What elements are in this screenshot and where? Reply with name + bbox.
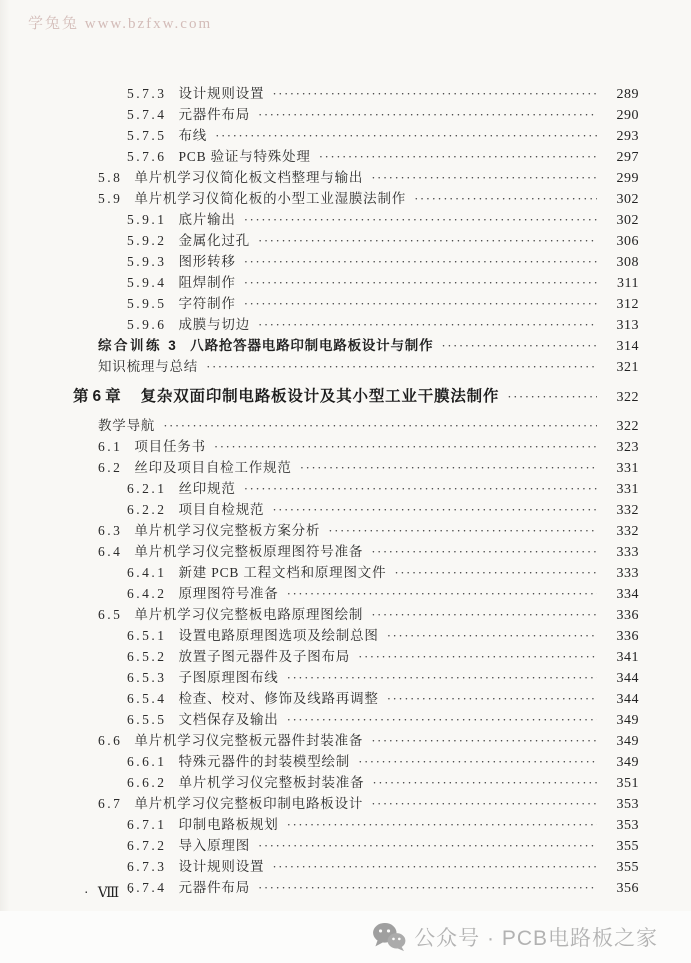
toc-entry-title: 丝印规范 — [179, 478, 236, 499]
dotted-leader: ········································… — [328, 520, 597, 541]
dotted-leader: ········································… — [507, 384, 597, 410]
toc-entry-page-number: 312 — [603, 294, 639, 315]
dotted-leader: ········································… — [371, 730, 597, 751]
dotted-leader: ········································… — [258, 835, 597, 856]
toc-entry-number: 5.7.3 — [127, 83, 167, 104]
toc-entry-number: 6.2.1 — [127, 478, 167, 499]
toc-entry-number: 6.5.3 — [127, 667, 167, 688]
dotted-leader: ········································… — [441, 335, 597, 356]
dotted-leader: ········································… — [372, 772, 597, 793]
toc-entry-number: 6.7.2 — [127, 835, 167, 856]
toc-entry-page-number: 299 — [603, 168, 639, 189]
toc-entry-title: 知识梳理与总结 — [98, 356, 198, 377]
toc-entry-number: 6.6.1 — [127, 751, 167, 772]
toc-entry: 5.8单片机学习仪简化板文档整理与输出·····················… — [64, 167, 639, 188]
toc-entry-title: 单片机学习仪简化板的小型工业湿膜法制作 — [134, 188, 406, 209]
toc-entry-number: 6.7 — [98, 793, 122, 814]
dotted-leader: ········································… — [244, 209, 597, 230]
toc-entry-page-number: 355 — [603, 857, 639, 878]
toc-entry-number: 5.8 — [98, 167, 122, 188]
toc-entry-title: 项目自检规范 — [179, 499, 265, 520]
toc-entry-page-number: 351 — [603, 773, 639, 794]
toc-entry-number: 5.9.1 — [127, 209, 167, 230]
wechat-icon — [372, 922, 406, 952]
toc-entry-number: 5.7.6 — [127, 146, 167, 167]
toc-entry: 6.6单片机学习仪完整板元器件封装准备·····················… — [64, 730, 639, 751]
toc-entry-title: 底片输出 — [179, 209, 236, 230]
toc-list: 5.7.3设计规则设置·····························… — [64, 83, 639, 898]
toc-entry: 6.5单片机学习仪完整板电路原理图绘制·····················… — [64, 604, 639, 625]
dotted-leader: ········································… — [272, 499, 597, 520]
toc-entry-page-number: 311 — [603, 273, 639, 294]
toc-entry-title: 新建 PCB 工程文档和原理图文件 — [179, 562, 387, 583]
dotted-leader: ········································… — [258, 877, 597, 898]
toc-entry: 6.5.4检查、校对、修饰及线路再调整·····················… — [64, 688, 639, 709]
toc-entry-page-number: 306 — [603, 231, 639, 252]
toc-entry-number: 6.2 — [98, 457, 122, 478]
dotted-leader: ········································… — [414, 188, 597, 209]
toc-entry-title: 单片机学习仪完整板元器件封装准备 — [134, 730, 363, 751]
toc-entry-page-number: 302 — [603, 189, 639, 210]
toc-entry-number: 6.2.2 — [127, 499, 167, 520]
toc-entry-page-number: 334 — [603, 584, 639, 605]
toc-entry-title: 印制电路板规划 — [179, 814, 279, 835]
toc-entry-number: 6.4 — [98, 541, 122, 562]
toc-entry-number: 6.5.5 — [127, 709, 167, 730]
dotted-leader: ········································… — [358, 751, 597, 772]
watermark: 学兔兔 www.bzfxw.com — [28, 12, 212, 33]
toc-entry: 6.4.1新建 PCB 工程文档和原理图文件··················… — [64, 562, 639, 583]
dotted-leader: ········································… — [394, 562, 597, 583]
toc-entry-number: 6.4.1 — [127, 562, 167, 583]
toc-entry-number: 5.7.4 — [127, 104, 167, 125]
toc-entry: 6.5.5文档保存及输出····························… — [64, 709, 639, 730]
dotted-leader: ········································… — [371, 793, 597, 814]
toc-entry-title: 单片机学习仪完整板原理图符号准备 — [134, 541, 363, 562]
toc-entry-title: 图形转移 — [179, 251, 236, 272]
dotted-leader: ········································… — [244, 272, 597, 293]
toc-entry-page-number: 349 — [603, 710, 639, 731]
toc-entry-page-number: 332 — [603, 500, 639, 521]
toc-entry: 5.9.3图形转移·······························… — [64, 251, 639, 272]
toc-entry-title: 放置子图元器件及子图布局 — [179, 646, 351, 667]
toc-entry-title: 文档保存及输出 — [179, 709, 279, 730]
toc-entry: 6.1项目任务书································… — [64, 436, 639, 457]
toc-entry-title: 字符制作 — [179, 293, 236, 314]
toc-entry-title: 八路抢答器电路印制电路板设计与制作 — [190, 335, 433, 356]
toc-entry-number: 5.9.2 — [127, 230, 167, 251]
toc-entry: 6.5.1设置电路原理图选项及绘制总图·····················… — [64, 625, 639, 646]
toc-entry-page-number: 344 — [603, 689, 639, 710]
toc-entry-title: 金属化过孔 — [179, 230, 251, 251]
toc-entry-page-number: 355 — [603, 836, 639, 857]
toc-entry: 6.5.3子图原理图布线····························… — [64, 667, 639, 688]
toc-entry-page-number: 336 — [603, 626, 639, 647]
dotted-leader: ········································… — [206, 356, 597, 377]
dotted-leader: ········································… — [258, 104, 597, 125]
toc-entry: 6.6.2单片机学习仪完整板封装准备······················… — [64, 772, 639, 793]
toc-entry-title: 设置电路原理图选项及绘制总图 — [179, 625, 379, 646]
toc-entry-number: 6.4.2 — [127, 583, 167, 604]
toc-entry-number: 第6章 — [73, 384, 125, 410]
toc-entry-title: 教学导航 — [98, 415, 155, 436]
toc-entry-number: 综合训练 3 — [98, 335, 178, 356]
toc-entry-title: 单片机学习仪完整板方案分析 — [134, 520, 320, 541]
toc-entry-number: 6.5.1 — [127, 625, 167, 646]
toc-entry-title: 单片机学习仪完整板封装准备 — [179, 772, 365, 793]
toc-entry: 5.7.5布线·································… — [64, 125, 639, 146]
toc-entry-number: 6.5.4 — [127, 688, 167, 709]
toc-entry-title: 元器件布局 — [179, 877, 251, 898]
toc-entry: 5.9.6成膜与切边······························… — [64, 314, 639, 335]
toc-entry: 5.7.6PCB 验证与特殊处理························… — [64, 146, 639, 167]
toc-entry: 6.7.3设计规则设置·····························… — [64, 856, 639, 877]
toc-entry-title: 丝印及项目自检工作规范 — [134, 457, 291, 478]
dotted-leader: ········································… — [258, 230, 597, 251]
toc-entry-page-number: 341 — [603, 647, 639, 668]
toc-entry: 6.5.2放置子图元器件及子图布局·······················… — [64, 646, 639, 667]
toc-entry-page-number: 308 — [603, 252, 639, 273]
toc-entry-page-number: 314 — [603, 336, 639, 357]
toc-entry: 5.9.5字符制作·······························… — [64, 293, 639, 314]
toc-entry-page-number: 313 — [603, 315, 639, 336]
toc-entry-page-number: 349 — [603, 731, 639, 752]
toc-entry: 6.2.1丝印规范·······························… — [64, 478, 639, 499]
dotted-leader: ········································… — [287, 814, 597, 835]
toc-entry-page-number: 333 — [603, 563, 639, 584]
toc-entry-title: 元器件布局 — [179, 104, 251, 125]
dotted-leader: ········································… — [371, 604, 597, 625]
toc-entry-page-number: 353 — [603, 794, 639, 815]
dotted-leader: ········································… — [215, 125, 597, 146]
toc-entry: 5.9.4阻焊制作·······························… — [64, 272, 639, 293]
toc-entry: 5.7.4元器件布局······························… — [64, 104, 639, 125]
toc-entry: 6.2丝印及项目自检工作规范··························… — [64, 457, 639, 478]
toc-entry: 6.4单片机学习仪完整板原理图符号准备·····················… — [64, 541, 639, 562]
toc-entry-number: 6.1 — [98, 436, 122, 457]
toc-entry-page-number: 349 — [603, 752, 639, 773]
toc-entry: 综合训练 3八路抢答器电路印制电路板设计与制作·················… — [64, 335, 639, 356]
toc-entry-number: 5.7.5 — [127, 125, 167, 146]
toc-entry: 6.7.4元器件布局······························… — [64, 877, 639, 898]
toc-entry-number: 5.9.3 — [127, 251, 167, 272]
toc-entry: 6.6.1特殊元器件的封装模型绘制·······················… — [64, 751, 639, 772]
dotted-leader: ········································… — [287, 709, 597, 730]
toc-entry-number: 6.7.3 — [127, 856, 167, 877]
toc-entry-title: 单片机学习仪完整板印制电路板设计 — [134, 793, 363, 814]
toc-entry-title: 阻焊制作 — [179, 272, 236, 293]
dotted-leader: ········································… — [371, 541, 597, 562]
dotted-leader: ········································… — [214, 436, 597, 457]
toc-chapter-entry: 第6章复杂双面印制电路板设计及其小型工业干膜法制作···············… — [64, 384, 639, 410]
dotted-leader: ········································… — [287, 667, 597, 688]
toc-entry-title: 复杂双面印制电路板设计及其小型工业干膜法制作 — [141, 384, 500, 410]
toc-entry-number: 6.6 — [98, 730, 122, 751]
toc-entry: 6.2.2项目自检规范·····························… — [64, 499, 639, 520]
wechat-banner-text: 公众号 · PCB电路板之家 — [414, 922, 658, 952]
toc-entry-page-number: 331 — [603, 479, 639, 500]
dotted-leader: ········································… — [244, 293, 597, 314]
dotted-leader: ········································… — [358, 646, 597, 667]
toc-entry: 6.3单片机学习仪完整板方案分析························… — [64, 520, 639, 541]
toc-entry-title: 项目任务书 — [134, 436, 206, 457]
toc-entry: 6.7单片机学习仪完整板印制电路板设计·····················… — [64, 793, 639, 814]
toc-entry-page-number: 336 — [603, 605, 639, 626]
toc-entry: 5.9.1底片输出·······························… — [64, 209, 639, 230]
toc-entry-title: 检查、校对、修饰及线路再调整 — [179, 688, 379, 709]
dotted-leader: ········································… — [287, 583, 597, 604]
dotted-leader: ········································… — [258, 314, 597, 335]
dotted-leader: ········································… — [163, 415, 597, 436]
toc-entry: 6.4.2原理图符号准备····························… — [64, 583, 639, 604]
toc-entry-title: PCB 验证与特殊处理 — [179, 146, 311, 167]
dotted-leader: ········································… — [244, 478, 597, 499]
toc-entry-title: 设计规则设置 — [179, 856, 265, 877]
toc-entry: 教学导航····································… — [64, 415, 639, 436]
dotted-leader: ········································… — [371, 167, 597, 188]
toc-entry: 5.7.3设计规则设置·····························… — [64, 83, 639, 104]
toc-entry-number: 5.9.4 — [127, 272, 167, 293]
toc-entry: 5.9单片机学习仪简化板的小型工业湿膜法制作··················… — [64, 188, 639, 209]
toc-entry-number: 6.3 — [98, 520, 122, 541]
toc-entry-title: 设计规则设置 — [179, 83, 265, 104]
toc-entry-page-number: 321 — [603, 357, 639, 378]
page-number-footer: · Ⅷ · — [84, 885, 136, 901]
toc-entry: 6.7.1印制电路板规划····························… — [64, 814, 639, 835]
toc-entry-title: 成膜与切边 — [179, 314, 251, 335]
toc-entry-title: 子图原理图布线 — [179, 667, 279, 688]
toc-entry-title: 导入原理图 — [179, 835, 251, 856]
toc-entry: 6.7.2导入原理图······························… — [64, 835, 639, 856]
toc-entry-title: 原理图符号准备 — [179, 583, 279, 604]
dotted-leader: ········································… — [300, 457, 597, 478]
dotted-leader: ········································… — [387, 688, 597, 709]
toc-entry-page-number: 323 — [603, 437, 639, 458]
toc-entry-page-number: 289 — [603, 84, 639, 105]
toc-entry-page-number: 302 — [603, 210, 639, 231]
toc-entry-page-number: 297 — [603, 147, 639, 168]
toc-entry-number: 6.5.2 — [127, 646, 167, 667]
toc-entry-title: 单片机学习仪完整板电路原理图绘制 — [134, 604, 363, 625]
toc-entry-page-number: 331 — [603, 458, 639, 479]
dotted-leader: ········································… — [319, 146, 597, 167]
toc-entry-page-number: 332 — [603, 521, 639, 542]
toc-entry-number: 6.7.1 — [127, 814, 167, 835]
dotted-leader: ········································… — [244, 251, 597, 272]
toc-entry-page-number: 353 — [603, 815, 639, 836]
dotted-leader: ········································… — [272, 83, 597, 104]
toc-entry-page-number: 356 — [603, 878, 639, 899]
toc-entry-page-number: 322 — [603, 385, 639, 411]
toc-entry-page-number: 293 — [603, 126, 639, 147]
toc-entry-title: 单片机学习仪简化板文档整理与输出 — [134, 167, 363, 188]
toc-entry-page-number: 344 — [603, 668, 639, 689]
toc-entry-number: 5.9.5 — [127, 293, 167, 314]
toc-entry: 5.9.2金属化过孔······························… — [64, 230, 639, 251]
toc-entry: 知识梳理与总结·································… — [64, 356, 639, 377]
wechat-banner: 公众号 · PCB电路板之家 — [0, 911, 691, 963]
toc-entry-page-number: 290 — [603, 105, 639, 126]
toc-entry-page-number: 322 — [603, 416, 639, 437]
toc-entry-number: 5.9.6 — [127, 314, 167, 335]
scanned-page: 学兔兔 www.bzfxw.com 5.7.3设计规则设置···········… — [0, 0, 691, 963]
toc-entry-title: 特殊元器件的封装模型绘制 — [179, 751, 351, 772]
toc-entry-number: 5.9 — [98, 188, 122, 209]
toc-entry-number: 6.5 — [98, 604, 122, 625]
toc-entry-number: 6.6.2 — [127, 772, 167, 793]
toc-entry-page-number: 333 — [603, 542, 639, 563]
dotted-leader: ········································… — [387, 625, 597, 646]
toc-entry-title: 布线 — [179, 125, 208, 146]
dotted-leader: ········································… — [272, 856, 597, 877]
